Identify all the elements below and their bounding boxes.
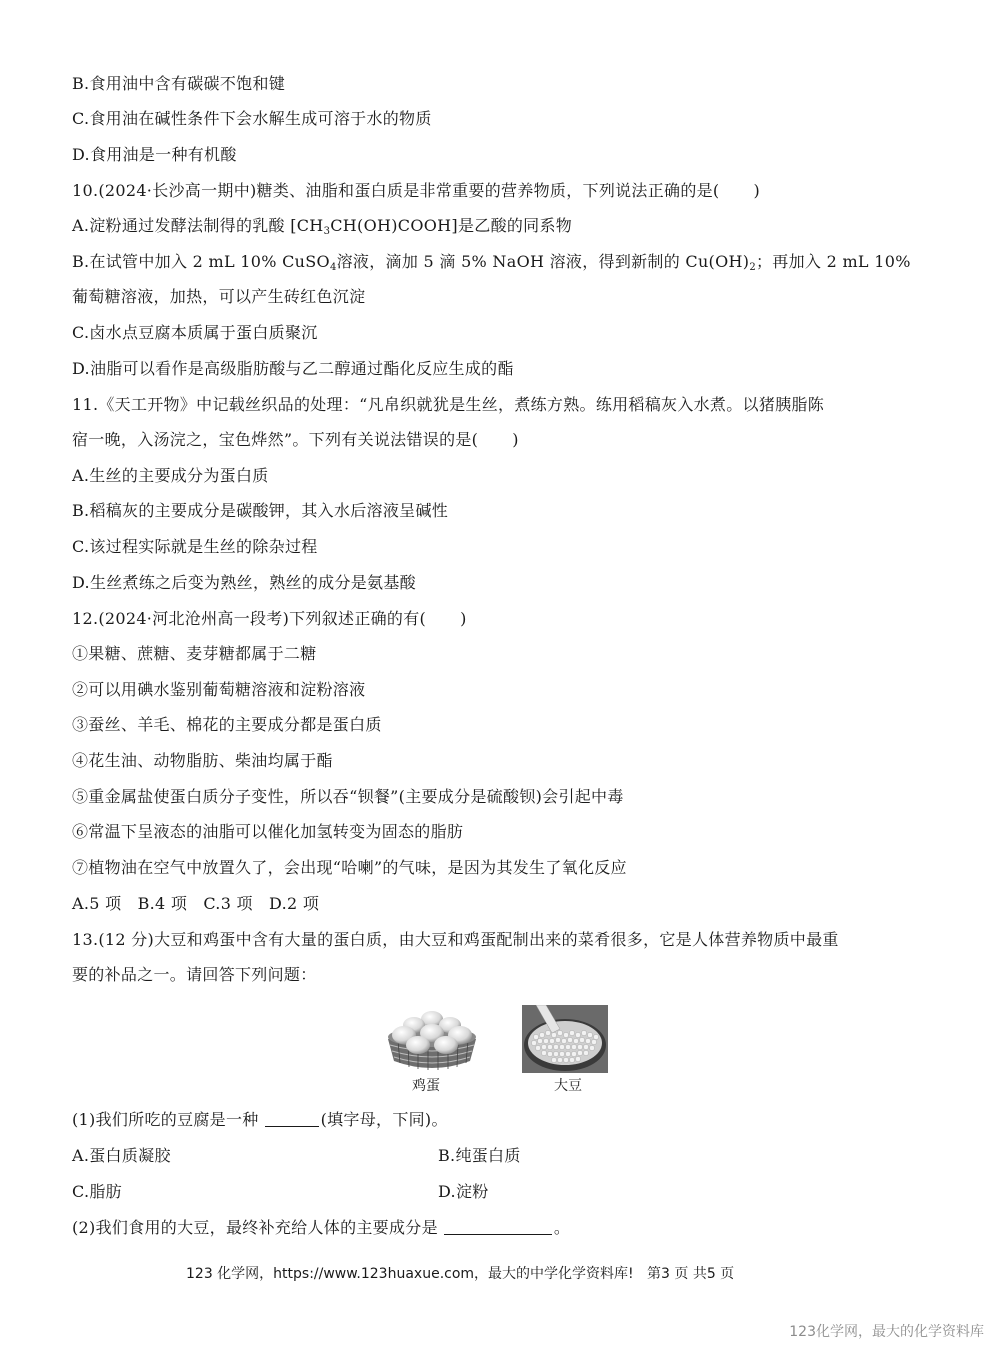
q10-stem: 10.(2024·长沙高一期中)糖类、油脂和蛋白质是非常重要的营养物质，下列说法… xyxy=(72,180,760,202)
q10-option-b-line2: 葡萄糖溶液，加热，可以产生砖红色沉淀 xyxy=(72,286,365,308)
q12-item-7: ⑦植物油在空气中放置久了，会出现“哈喇”的气味，是因为其发生了氧化反应 xyxy=(72,857,627,879)
q11-option-d: D.生丝煮练之后变为熟丝，熟丝的成分是氨基酸 xyxy=(72,572,416,594)
q12-stem: 12.(2024·河北沧州高一段考)下列叙述正确的有() xyxy=(72,608,467,630)
eggs-basket-image xyxy=(384,1005,480,1075)
document-page: B.食用油中含有碳碳不饱和键 C.食用油在碱性条件下会水解生成可溶于水的物质 D… xyxy=(0,0,992,1347)
q13-option-a: A.蛋白质凝胶 xyxy=(72,1146,171,1165)
q10-option-b-line1: B.在试管中加入 2 mL 10% CuSO4溶液，滴加 5 滴 5% NaOH… xyxy=(72,251,911,273)
q13-stem-line2: 要的补品之一。请回答下列问题： xyxy=(72,964,317,986)
q11-option-b: B.稻稿灰的主要成分是碳酸钾，其入水后溶液呈碱性 xyxy=(72,500,448,522)
q10-option-c: C.卤水点豆腐本质属于蛋白质聚沉 xyxy=(72,322,318,344)
q13-option-c: C.脂肪 xyxy=(72,1182,122,1201)
footer-page-info: 第3 页 共5 页 xyxy=(647,1266,734,1282)
footer-site-text: 123 化学网，https://www.123huaxue.com，最大的中学化… xyxy=(186,1266,634,1282)
q12-item-6: ⑥常温下呈液态的油脂可以催化加氢转变为固态的脂肪 xyxy=(72,821,463,843)
q10-option-d: D.油脂可以看作是高级脂肪酸与乙二醇通过酯化反应生成的酯 xyxy=(72,358,514,380)
q9-option-d: D.食用油是一种有机酸 xyxy=(72,144,237,166)
q12-options: A.5 项 B.4 项 C.3 项 D.2 项 xyxy=(72,893,319,915)
answer-blank-1[interactable] xyxy=(265,1110,319,1127)
q13-part1-options-row2: C.脂肪 D.淀粉 xyxy=(72,1181,122,1203)
page-footer: 123 化学网，https://www.123huaxue.com，最大的中学化… xyxy=(186,1264,734,1284)
q12-item-1: ①果糖、蔗糖、麦芽糖都属于二糖 xyxy=(72,643,317,665)
watermark: 123化学网，最大的化学资料库 xyxy=(789,1321,984,1341)
soybeans-image xyxy=(522,1005,608,1073)
q11-stem-line1: 11.《天工开物》中记载丝织品的处理：“凡帛织就犹是生丝，煮练方熟。练用稻稿灰入… xyxy=(72,394,824,416)
q13-stem-line1: 13.(12 分)大豆和鸡蛋中含有大量的蛋白质，由大豆和鸡蛋配制出来的菜肴很多，… xyxy=(72,929,839,951)
q13-part1: (1)我们所吃的豆腐是一种(填字母，下同)。 xyxy=(72,1109,448,1131)
answer-blank-2[interactable] xyxy=(444,1218,552,1235)
q11-option-c: C.该过程实际就是生丝的除杂过程 xyxy=(72,536,318,558)
q12-item-4: ④花生油、动物脂肪、柴油均属于酯 xyxy=(72,750,333,772)
q12-item-5: ⑤重金属盐使蛋白质分子变性，所以吞“钡餐”(主要成分是硫酸钡)会引起中毒 xyxy=(72,786,624,808)
q9-option-b: B.食用油中含有碳碳不饱和键 xyxy=(72,73,285,95)
q11-option-a: A.生丝的主要成分为蛋白质 xyxy=(72,465,269,487)
soybeans-caption: 大豆 xyxy=(554,1076,582,1096)
q10-option-a: A.淀粉通过发酵法制得的乳酸 [CH3CH(OH)COOH]是乙酸的同系物 xyxy=(72,215,572,237)
q12-item-2: ②可以用碘水鉴别葡萄糖溶液和淀粉溶液 xyxy=(72,679,365,701)
q13-part2: (2)我们食用的大豆，最终补充给人体的主要成分是。 xyxy=(72,1217,570,1239)
eggs-caption: 鸡蛋 xyxy=(412,1076,440,1096)
q9-option-c: C.食用油在碱性条件下会水解生成可溶于水的物质 xyxy=(72,108,432,130)
q12-item-3: ③蚕丝、羊毛、棉花的主要成分都是蛋白质 xyxy=(72,714,382,736)
q13-option-b: B.纯蛋白质 xyxy=(438,1145,521,1167)
q13-option-d: D.淀粉 xyxy=(438,1181,489,1203)
q11-stem-line2: 宿一晚，入汤浣之，宝色烨然”。下列有关说法错误的是() xyxy=(72,429,519,451)
q13-part1-options-row1: A.蛋白质凝胶 B.纯蛋白质 xyxy=(72,1145,171,1167)
